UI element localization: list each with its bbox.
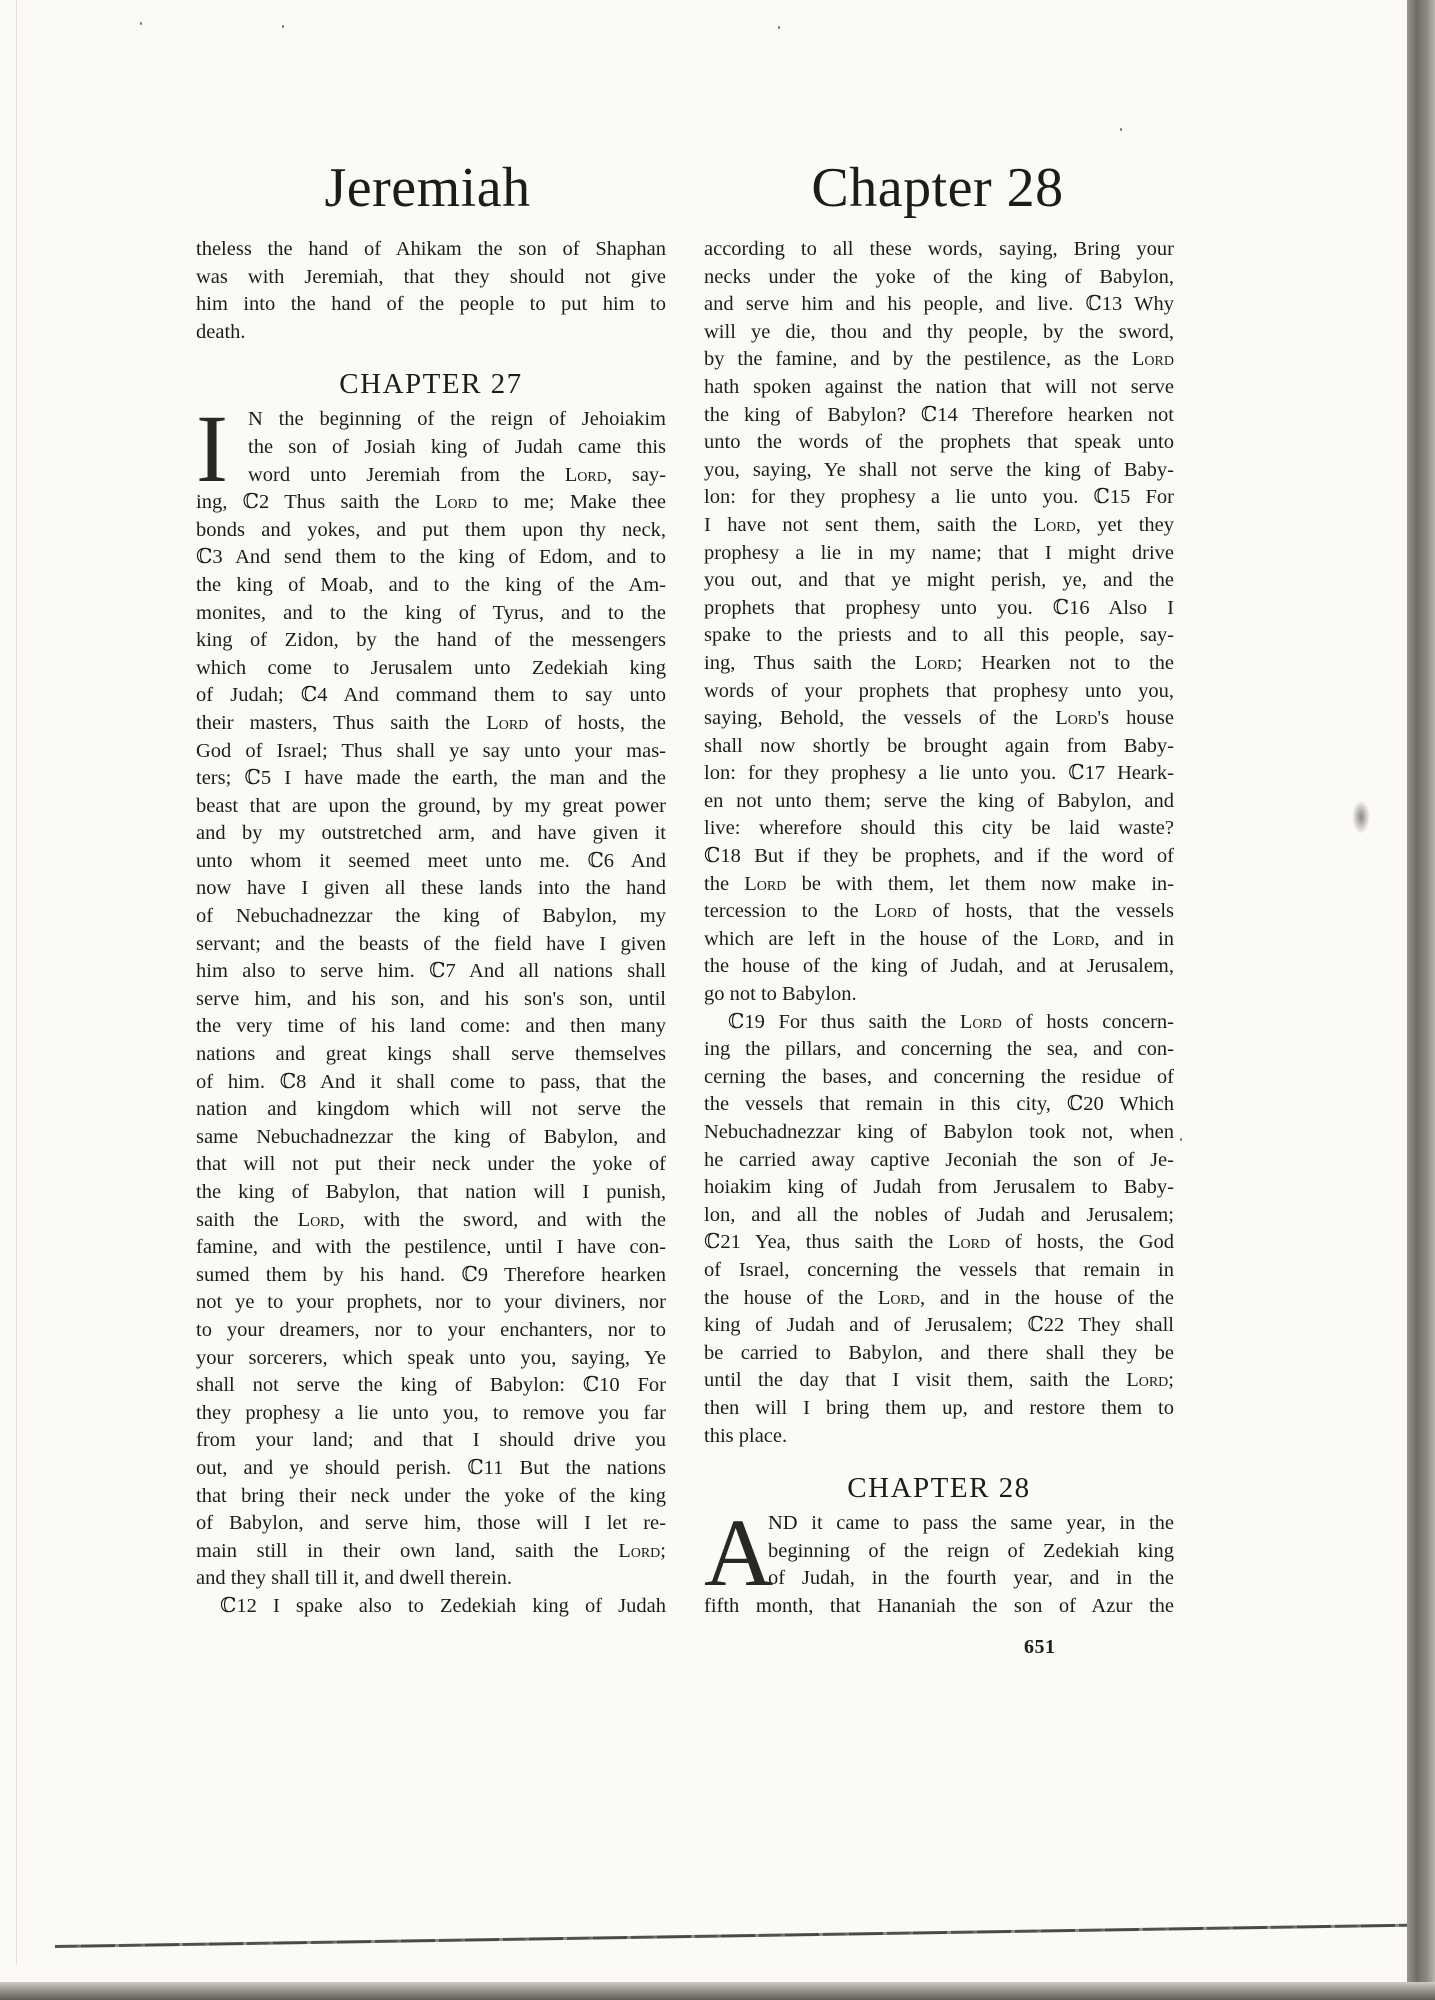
text-line: to your dreamers, nor to your enchanters… [196,1317,666,1345]
text-line: the vessels that remain in this city, ℂ2… [704,1091,1174,1119]
text-line: the king of Moab, and to the king of the… [196,572,666,600]
divine-name-smallcaps: Lord [435,491,477,513]
text-line: the son of Josiah king of Judah came thi… [248,434,666,462]
paper-speck [282,25,284,28]
text-line: him also to serve him. ℂ7 And all nation… [196,958,666,986]
text-line: en not unto them; serve the king of Baby… [704,788,1174,816]
drop-cap-initial: I [196,409,228,491]
text-line: monites, and to the king of Tyrus, and t… [196,600,666,628]
text-line: they prophesy a lie unto you, to remove … [196,1400,666,1428]
divine-name-smallcaps: Lord [874,900,916,922]
divine-name-smallcaps: Lord [1055,707,1097,729]
text-line: ND it came to pass the same year, in the [768,1510,1174,1538]
text-line: of Nebuchadnezzar the king of Babylon, m… [196,903,666,931]
chapter-heading-28: CHAPTER 28 [704,1470,1174,1506]
page-fold-line [55,1924,1415,1948]
scan-edge-shadow [1407,0,1435,2000]
divine-name-smallcaps: Lord [915,652,957,674]
chapter-27-body: ing, ℂ2 Thus saith the Lord to me; Make … [196,489,666,1620]
text-line: Nebuchadnezzar king of Babylon took not,… [704,1119,1174,1147]
text-line: ℂ3 And send them to the king of Edom, an… [196,544,666,572]
drop-cap-initial: A [704,1513,773,1595]
divine-name-smallcaps: Lord [948,1231,990,1253]
text-line: of Judah; ℂ4 And command them to say unt… [196,682,666,710]
text-line: nation and kingdom which will not serve … [196,1096,666,1124]
chapter-28-opening: A ND it came to pass the same year, in t… [704,1510,1174,1620]
text-line: theless the hand of Ahikam the son of Sh… [196,236,666,264]
text-line: you, saying, Ye shall not serve the king… [704,457,1174,485]
text-line: king of Zidon, by the hand of the messen… [196,627,666,655]
text-line: their masters, Thus saith the Lord of ho… [196,710,666,738]
scan-smudge [1352,800,1370,834]
text-line: now have I given all these lands into th… [196,875,666,903]
text-line: cerning the bases, and concerning the re… [704,1064,1174,1092]
divine-name-smallcaps: Lord [486,712,528,734]
text-line: prophets that prophesy unto you. ℂ16 Als… [704,595,1174,623]
text-line: the king of Babylon, that nation will I … [196,1179,666,1207]
text-line: saith the Lord, with the sword, and with… [196,1207,666,1235]
text-line: unto the words of the prophets that spea… [704,429,1174,457]
text-line: main still in their own land, saith the … [196,1538,666,1566]
text-line: nations and great kings shall serve them… [196,1041,666,1069]
text-line: and by my outstretched arm, and have giv… [196,820,666,848]
text-line: he carried away captive Jeconiah the son… [704,1147,1174,1175]
text-line: him into the hand of the people to put h… [196,291,666,319]
text-line: that will not put their neck under the y… [196,1151,666,1179]
text-line: that bring their neck under the yoke of … [196,1483,666,1511]
text-line: and serve him and his people, and live. … [704,291,1174,319]
text-line: prophesy a lie in my name; that I might … [704,540,1174,568]
text-line: servant; and the beasts of the field hav… [196,931,666,959]
book-page: Jeremiah Chapter 28 theless the hand of … [0,0,1410,1985]
text-line: by the famine, and by the pestilence, as… [704,346,1174,374]
text-line: hath spoken against the nation that will… [704,374,1174,402]
paper-speck [140,22,142,25]
divine-name-smallcaps: Lord [1132,348,1174,370]
text-line: words of your prophets that prophesy unt… [704,678,1174,706]
text-line: word unto Jeremiah from the Lord, say- [248,462,666,490]
text-line: king of Judah and of Jerusalem; ℂ22 They… [704,1312,1174,1340]
text-line: go not to Babylon. [704,981,1174,1009]
text-line: hoiakim king of Judah from Jerusalem to … [704,1174,1174,1202]
paper-speck [1120,128,1122,131]
text-line: famine, and with the pestilence, until I… [196,1234,666,1262]
text-line: lon, and all the nobles of Judah and Jer… [704,1202,1174,1230]
text-line: lon: for they prophesy a lie unto you. ℂ… [704,760,1174,788]
running-head-chapter: Chapter 28 [700,160,1175,216]
divine-name-smallcaps: Lord [744,873,786,895]
page-left-edge [16,0,17,1965]
text-line: death. [196,319,666,347]
text-line: the house of the Lord, and in the house … [704,1285,1174,1313]
chapter-27-opening: I N the beginning of the reign of Jehoia… [196,406,666,489]
text-line: according to all these words, saying, Br… [704,236,1174,264]
text-line: live: wherefore should this city be laid… [704,815,1174,843]
text-line: out, and ye should perish. ℂ11 But the n… [196,1455,666,1483]
text-line: ℂ21 Yea, thus saith the Lord of hosts, t… [704,1229,1174,1257]
divine-name-smallcaps: Lord [618,1540,660,1562]
text-line: of him. ℂ8 And it shall come to pass, th… [196,1069,666,1097]
text-line: necks under the yoke of the king of Baby… [704,264,1174,292]
text-line: will ye die, thou and thy people, by the… [704,319,1174,347]
text-line: ing, ℂ2 Thus saith the Lord to me; Make … [196,489,666,517]
text-line: shall now shortly be brought again from … [704,733,1174,761]
divine-name-smallcaps: Lord [1034,514,1076,536]
text-line: you out, and that ye might perish, ye, a… [704,567,1174,595]
text-line: which come to Jerusalem unto Zedekiah ki… [196,655,666,683]
divine-name-smallcaps: Lord [878,1287,920,1309]
verse-19-paragraph: ℂ19 For thus saith the Lord of hosts con… [704,1009,1174,1451]
text-line: ℂ18 But if they be prophets, and if the … [704,843,1174,871]
text-line: be carried to Babylon, and there shall t… [704,1340,1174,1368]
divine-name-smallcaps: Lord [1126,1369,1168,1391]
text-line: unto whom it seemed meet unto me. ℂ6 And [196,848,666,876]
text-line: beast that are upon the ground, by my gr… [196,793,666,821]
text-line: beginning of the reign of Zedekiah king [768,1538,1174,1566]
divine-name-smallcaps: Lord [960,1011,1002,1033]
paper-speck [778,26,780,29]
text-line: N the beginning of the reign of Jehoiaki… [248,406,666,434]
text-line: ing, Thus saith the Lord; Hearken not to… [704,650,1174,678]
text-line: I have not sent them, saith the Lord, ye… [704,512,1174,540]
divine-name-smallcaps: Lord [298,1209,340,1231]
divine-name-smallcaps: Lord [565,464,607,486]
page-number: 651 [1024,1636,1056,1659]
text-line: ℂ12 I spake also to Zedekiah king of Jud… [196,1593,666,1621]
text-line: God of Israel; Thus shall ye say unto yo… [196,738,666,766]
text-line: saying, Behold, the vessels of the Lord'… [704,705,1174,733]
text-line: from your land; and that I should drive … [196,1427,666,1455]
text-line: of Babylon, and serve him, those will I … [196,1510,666,1538]
left-column: theless the hand of Ahikam the son of Sh… [196,236,666,1621]
text-line: same Nebuchadnezzar the king of Babylon,… [196,1124,666,1152]
running-head-book: Jeremiah [190,160,665,216]
text-line: the very time of his land come: and then… [196,1013,666,1041]
right-column: according to all these words, saying, Br… [704,236,1174,1621]
text-line: the house of the king of Judah, and at J… [704,953,1174,981]
divine-name-smallcaps: Lord [1052,928,1094,950]
text-line: ters; ℂ5 I have made the earth, the man … [196,765,666,793]
text-line: was with Jeremiah, that they should not … [196,264,666,292]
text-line: sumed them by his hand. ℂ9 Therefore hea… [196,1262,666,1290]
text-line: then will I bring them up, and restore t… [704,1395,1174,1423]
text-line: and they shall till it, and dwell therei… [196,1565,666,1593]
text-line: ℂ19 For thus saith the Lord of hosts con… [704,1009,1174,1037]
text-line: this place. [704,1423,1174,1451]
text-line: the Lord be with them, let them now make… [704,871,1174,899]
chapter-heading-27: CHAPTER 27 [196,366,666,402]
text-line: ing the pillars, and concerning the sea,… [704,1036,1174,1064]
text-line: until the day that I visit them, saith t… [704,1367,1174,1395]
text-line: fifth month, that Hananiah the son of Az… [704,1593,1174,1621]
text-line: bonds and yokes, and put them upon thy n… [196,517,666,545]
text-line: shall not serve the king of Babylon: ℂ10… [196,1372,666,1400]
text-line: serve him, and his son, and his son's so… [196,986,666,1014]
scan-bottom-edge [0,1982,1435,2000]
text-line: of Israel, concerning the vessels that r… [704,1257,1174,1285]
text-line: tercession to the Lord of hosts, that th… [704,898,1174,926]
text-line: your sorcerers, which speak unto you, sa… [196,1345,666,1373]
text-line: not ye to your prophets, nor to your div… [196,1289,666,1317]
text-line: the king of Babylon? ℂ14 Therefore heark… [704,402,1174,430]
chapter-27-continuation: according to all these words, saying, Br… [704,236,1174,1009]
text-line: which are left in the house of the Lord,… [704,926,1174,954]
text-line: lon: for they prophesy a lie unto you. ℂ… [704,484,1174,512]
text-line: of Judah, in the fourth year, and in the [768,1565,1174,1593]
text-line: spake to the priests and to all this peo… [704,622,1174,650]
paper-speck [1180,1138,1182,1141]
